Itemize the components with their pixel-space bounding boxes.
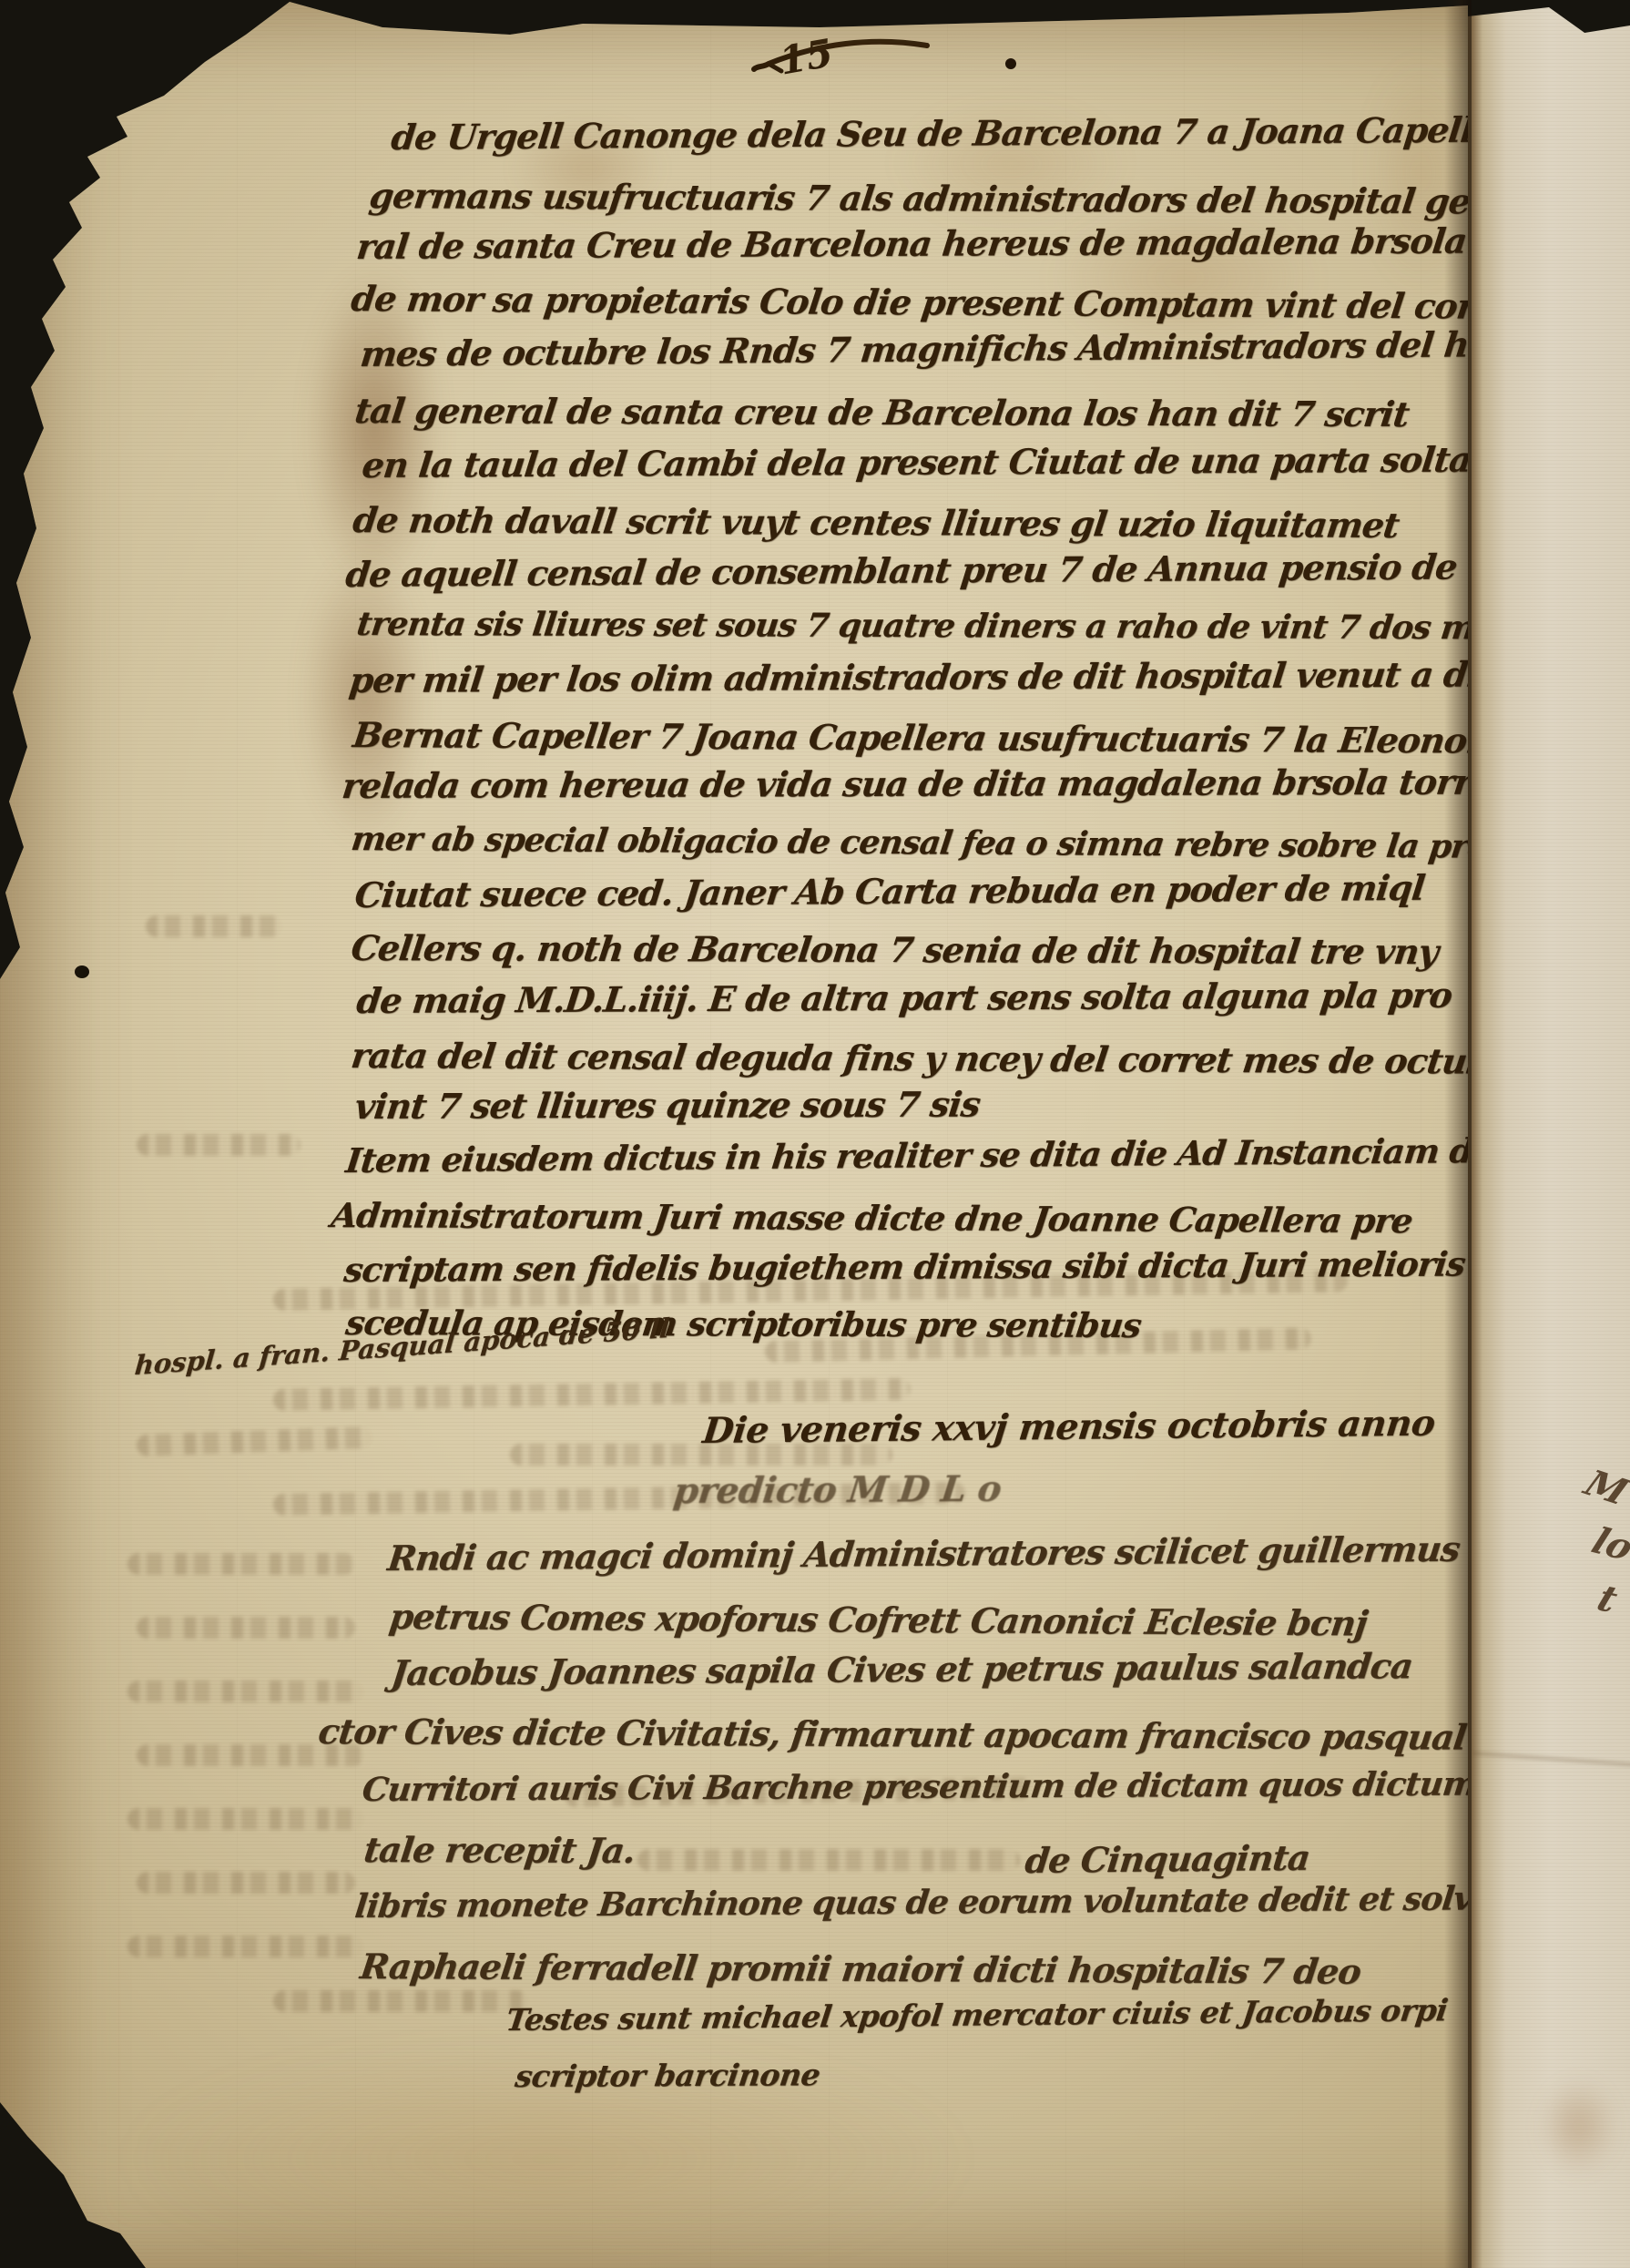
manuscript-line: rata del dit censal deguda fins y ncey d… <box>349 1035 1531 1082</box>
manuscript-line: Raphaeli ferradell promii maiori dicti h… <box>358 1946 1363 1992</box>
manuscript-line: Ciutat suece ced. Janer Ab Carta rebuda … <box>352 867 1426 915</box>
manuscript-line: de mor sa propietaris Colo die present C… <box>349 278 1531 327</box>
folio-number: 15 <box>776 30 836 83</box>
manuscript-line: trenta sis lliures set sous 7 quatre din… <box>354 605 1532 647</box>
bleedthrough-ghost-line <box>146 915 282 937</box>
manuscript-line: relada com hereua de vida sua de dita ma… <box>340 761 1540 806</box>
manuscript-line: ral de santa Creu de Barcelona hereus de… <box>354 220 1573 267</box>
manuscript-page: 15 de Urgell Canonge dela Seu de Barcelo… <box>0 0 1630 2268</box>
bleedthrough-ghost-line <box>127 1808 364 1830</box>
bleedthrough-ghost-line <box>137 1617 355 1639</box>
paper-stain <box>1537 2077 1619 2177</box>
manuscript-line: de aquell censal de consemblant preu 7 d… <box>343 546 1459 595</box>
manuscript-line: Bernat Capeller 7 Joana Capellera usufru… <box>351 714 1486 761</box>
folio-flourish <box>745 26 936 84</box>
bleedthrough-ghost-line <box>637 1849 1020 1871</box>
manuscript-line: mes de octubre los Rnds 7 magnifichs Adm… <box>358 323 1547 374</box>
manuscript-line: de Cinquaginta <box>1023 1837 1311 1881</box>
cutoff-text-fragment: t <box>1592 1577 1623 1620</box>
ink-spot <box>1005 58 1016 69</box>
manuscript-line: vint 7 set lliures quinze sous 7 sis <box>352 1084 982 1127</box>
bleedthrough-ghost-line <box>273 1378 911 1411</box>
bleedthrough-ghost-line <box>137 1134 301 1156</box>
manuscript-line: mer ab special obligacio de censal fea o… <box>349 820 1564 866</box>
manuscript-line: Testes sunt michael xpofol mercator ciui… <box>504 1992 1450 2038</box>
manuscript-line: tale recepit Ja. <box>362 1829 637 1871</box>
manuscript-line: de Urgell Canonge dela Seu de Barcelona … <box>389 108 1535 158</box>
manuscript-line: Administratorum Juri masse dicte dne Joa… <box>329 1195 1414 1241</box>
page-crease <box>1472 1752 1630 1766</box>
cutoff-text-fragment: lo <box>1586 1519 1630 1568</box>
bleedthrough-ghost-line <box>127 1681 364 1702</box>
manuscript-line: per mil per los olim administradors de d… <box>347 653 1496 700</box>
manuscript-line: en la taula del Cambi dela present Ciuta… <box>360 439 1473 485</box>
manuscript-line: scriptor barcinone <box>513 2057 822 2094</box>
bleedthrough-ghost-line <box>127 1553 355 1575</box>
adjacent-page-edge: M lo t <box>1468 0 1630 2268</box>
bleedthrough-ghost-line <box>273 1990 528 2012</box>
bleedthrough-ghost-line <box>137 1872 355 1894</box>
manuscript-line: petrus Comes xpoforus Cofrett Canonici E… <box>387 1596 1370 1643</box>
worm-hole <box>75 965 89 978</box>
manuscript-line: Rndi ac magci dominj Administratores sci… <box>385 1528 1462 1578</box>
cutoff-text-fragment: M <box>1578 1462 1630 1513</box>
manuscript-line: Item eiusdem dictus in his realiter se d… <box>343 1130 1521 1180</box>
manuscript-line: Cellers q. noth de Barcelona 7 senia de … <box>349 927 1440 972</box>
manuscript-line: Die veneris xxvj mensis octobris anno <box>700 1403 1437 1452</box>
manuscript-line: germans usufructuaris 7 als administrado… <box>367 175 1518 222</box>
manuscript-line: libris monete Barchinone quas de eorum v… <box>353 1879 1500 1926</box>
manuscript-line: tal general de santa creu de Barcelona l… <box>352 390 1411 434</box>
manuscript-line: de noth davall scrit vuyt centes lliures… <box>351 499 1401 546</box>
manuscript-line: Jacobus Joannes sapila Cives et petrus p… <box>389 1645 1414 1693</box>
bleedthrough-ghost-line <box>127 1936 364 1957</box>
manuscript-line: scriptam sen fidelis bugiethem dimissa s… <box>341 1244 1467 1290</box>
manuscript-line: de maig M.D.L.iiij. E de altra part sens… <box>354 975 1453 1021</box>
manuscript-line: Curritori auris Civi Barchne presentium … <box>361 1764 1584 1809</box>
manuscript-line: ctor Cives dicte Civitatis, firmarunt ap… <box>316 1711 1468 1758</box>
bleedthrough-ghost-line <box>137 1426 374 1456</box>
manuscript-line: predicto M D L o <box>671 1467 1003 1512</box>
scan-background: 15 de Urgell Canonge dela Seu de Barcelo… <box>0 0 1630 2268</box>
